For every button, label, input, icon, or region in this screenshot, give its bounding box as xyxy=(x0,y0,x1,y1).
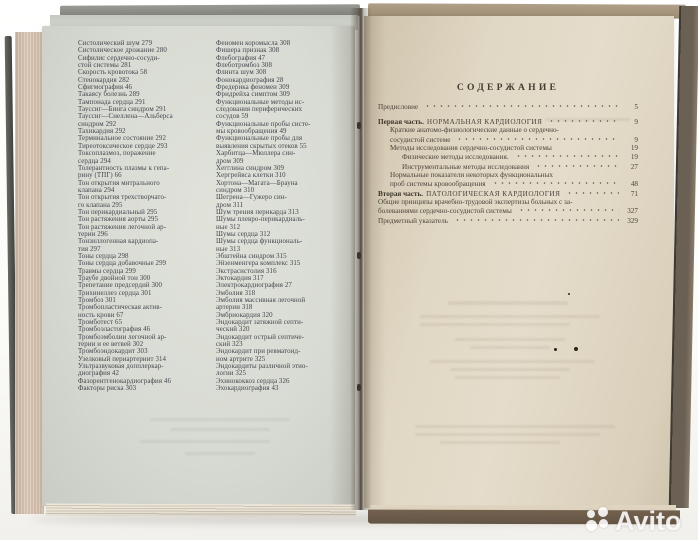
index-line: Эбштейна синдром 315 xyxy=(216,253,356,260)
index-line: ные 312 xyxy=(216,224,356,231)
index-line: Тоны сердца добавочные 299 xyxy=(78,260,210,267)
index-line: Систолический шум 279 xyxy=(78,40,210,47)
spine-stitch xyxy=(357,252,361,259)
index-line: Хергрейвса клетки 310 xyxy=(216,172,356,179)
toc-page-number: 327 xyxy=(623,208,638,216)
index-line: Тромбоэмболии легочной ар- xyxy=(78,334,210,341)
toc-page-number: 71 xyxy=(623,191,638,199)
toc-line: Физические методы исследования.19 xyxy=(378,152,638,162)
bleed-through-line xyxy=(455,376,560,379)
index-line: Фредерика феномен 309 xyxy=(216,84,356,91)
bleed-through-line xyxy=(440,441,560,444)
bleed-through-line xyxy=(420,323,570,326)
index-line: Толерантность плазмы к гепа- xyxy=(78,165,210,172)
index-line: Хегглина синдром 309 xyxy=(216,165,356,172)
toc-line: Краткие анатомо-физиологические данные о… xyxy=(378,127,638,135)
index-line: Скорость кровотока 58 xyxy=(78,69,210,76)
index-line: Тахикардия 292 xyxy=(78,128,210,135)
photo-of-open-book: { "colors": { "left_paper": "#d8dbd3", "… xyxy=(0,0,698,540)
bleed-through-line xyxy=(470,346,550,349)
index-line: Шумы плевро-перикардиаль- xyxy=(216,216,356,223)
book-shadow xyxy=(30,514,670,524)
index-line: логии 325 xyxy=(216,370,356,377)
bleed-through-line xyxy=(448,301,568,305)
index-line: артерии 318 xyxy=(216,304,356,311)
index-line: Тромбоэндокардит 303 xyxy=(78,348,210,355)
index-line: Эктокардия 317 xyxy=(216,275,356,282)
index-line: Тауссиг—Снеллена—Альберса xyxy=(78,113,210,120)
index-line: Тромбоэластография 46 xyxy=(78,326,210,333)
paper-speck xyxy=(568,293,570,295)
index-line: Эндокардит затяжной септи- xyxy=(216,319,356,326)
index-line: Сфигмография 46 xyxy=(78,84,210,91)
dot-leader xyxy=(533,162,619,169)
index-line: Фишера признак 308 xyxy=(216,47,356,54)
index-line: го клапана 295 xyxy=(78,202,210,209)
index-line: Эндокардиты различной этио- xyxy=(216,363,356,370)
index-line: Тромботест 65 xyxy=(78,319,210,326)
index-line: ные 313 xyxy=(216,246,356,253)
bleed-through-line xyxy=(545,118,630,121)
index-line: Фазорентгенокардиография 46 xyxy=(78,378,210,385)
index-line: Фридрейха симптом 309 xyxy=(216,91,356,98)
toc-line: Общие принципы врачебно-трудовой эксперт… xyxy=(378,199,638,207)
index-line: Токсоплазмоз, поражение xyxy=(78,150,210,157)
bleed-through-line xyxy=(430,360,595,363)
index-line: Травмы сердца 299 xyxy=(78,268,210,275)
index-line: Эмболия 318 xyxy=(216,290,356,297)
index-line: Эхинококкоз сердца 326 xyxy=(216,378,356,385)
index-line: Феномен коромысла 308 xyxy=(216,40,356,47)
index-line: Тон растяжения аорты 295 xyxy=(78,216,210,223)
index-line: Эхокардиография 43 xyxy=(216,385,356,392)
index-line: Трепетание предсердий 300 xyxy=(78,282,210,289)
index-line: Шегрена—Гужеро син- xyxy=(216,194,356,201)
index-line: сосудов 59 xyxy=(216,113,356,120)
index-line: Ультразвуковая допплеркар- xyxy=(78,363,210,370)
toc-entry-text: проб системы кровообращения xyxy=(390,181,486,189)
bleed-through-line xyxy=(150,418,290,421)
avito-watermark-text: Avito xyxy=(615,507,682,535)
contents-title: СОДЕРЖАНИЕ xyxy=(378,84,638,92)
index-line: Траубе двойной тон 300 xyxy=(78,275,210,282)
index-line: дром 309 xyxy=(216,158,356,165)
spine-stitch xyxy=(357,384,361,391)
index-line: Тиреотоксическое сердце 293 xyxy=(78,143,210,150)
index-line: сердца 294 xyxy=(78,158,210,165)
index-line: Тромбоз 301 xyxy=(78,297,210,304)
index-line: дром 311 xyxy=(216,202,356,209)
avito-watermark: Avito xyxy=(586,502,698,540)
index-line: терии и ее ветвей 302 xyxy=(78,341,210,348)
bleed-through-line xyxy=(185,452,255,455)
index-line: следования периферических xyxy=(216,106,356,113)
index-line: синдром 310 xyxy=(216,187,356,194)
index-line: Эмбриокардия 320 xyxy=(216,312,356,319)
toc-entry-text: Предметный указатель xyxy=(378,218,448,226)
index-line: Тромбопластическая актив- xyxy=(78,304,210,311)
index-column-2: Феномен коромысла 308Фишера признак 308Ф… xyxy=(216,40,356,393)
index-line: синдром 292 xyxy=(78,121,210,128)
table-of-contents: СОДЕРЖАНИЕ Предисловие5Первая часть.НОРМ… xyxy=(378,84,638,226)
bleed-through-line xyxy=(415,425,615,428)
index-line: Электрокардиография 27 xyxy=(216,282,356,289)
index-line: Функциональные пробы систе- xyxy=(216,121,356,128)
toc-line: Предисловие5 xyxy=(378,102,638,112)
dot-leader xyxy=(452,216,619,223)
index-line: Функциональные пробы для xyxy=(216,135,356,142)
toc-entry-text: болеваниями сердечно-сосудистой системы xyxy=(378,208,512,216)
index-line: Эйзенменгера комплекс 315 xyxy=(216,260,356,267)
bleed-through-line xyxy=(420,315,600,318)
toc-page-number: 27 xyxy=(623,164,638,172)
bleed-through-line xyxy=(450,368,570,371)
index-line: Экстрасистолия 316 xyxy=(216,268,356,275)
index-line: Эндокардит при ревматоид- xyxy=(216,348,356,355)
index-line: Харбитца—Мюллера син- xyxy=(216,150,356,157)
index-line: стой системы 281 xyxy=(78,62,210,69)
toc-entry-text: Нормальные показатели некоторых функцион… xyxy=(390,172,553,180)
index-line: терии 296 xyxy=(78,231,210,238)
index-line: Сифилис сердечно-сосуди- xyxy=(78,55,210,62)
dot-leader xyxy=(564,189,619,196)
toc-line: Нормальные показатели некоторых функцион… xyxy=(378,172,638,180)
index-line: Тонзиллогенная кардиопа- xyxy=(78,238,210,245)
index-line: Хортона—Магата—Брауна xyxy=(216,180,356,187)
toc-page-number: 329 xyxy=(623,218,638,226)
left-page-fore-edge xyxy=(15,32,44,514)
index-line: Трихинеллез сердца 301 xyxy=(78,290,210,297)
avito-dots-icon xyxy=(586,507,612,535)
dot-leader xyxy=(490,179,619,186)
index-line: Эндокардит острый септиче- xyxy=(216,334,356,341)
toc-page-number: 5 xyxy=(623,104,638,112)
toc-entry-text: Предисловие xyxy=(378,104,418,112)
index-line: тия 297 xyxy=(78,246,210,253)
index-column-1: Систолический шум 279Систолическое дрожа… xyxy=(78,40,210,393)
toc-page-number: 48 xyxy=(623,181,638,189)
index-line: Тон перикардиальный 295 xyxy=(78,209,210,216)
index-line: Флеботромбоз 308 xyxy=(216,62,356,69)
bleed-through-line xyxy=(140,440,270,443)
index-line: Тон растяжения легочной ар- xyxy=(78,224,210,231)
index-line: Шумы сердца функциональ- xyxy=(216,238,356,245)
toc-entry-text: Краткие анатомо-физиологические данные о… xyxy=(390,127,559,135)
toc-entry-text: Общие принципы врачебно-трудовой эксперт… xyxy=(378,199,572,207)
index-line: Эмболия массивная легочной xyxy=(216,297,356,304)
index-line: Факторы риска 303 xyxy=(78,385,210,392)
index-line: Флинта шум 308 xyxy=(216,69,356,76)
toc-line: Предметный указатель329 xyxy=(378,216,638,226)
index-line: ческий 320 xyxy=(216,326,356,333)
toc-line: Методы исследования сердечно-сосудистой … xyxy=(378,145,638,153)
dot-leader xyxy=(516,206,619,213)
bleed-through-line xyxy=(415,433,600,436)
index-line: Такаясу болезнь 289 xyxy=(78,91,210,98)
index-line: Шумы сердца 312 xyxy=(216,231,356,238)
index-line: Фонокардиография 28 xyxy=(216,77,356,84)
dot-leader xyxy=(422,102,619,109)
bleed-through-line xyxy=(455,338,565,341)
index-line: Тампонада сердца 291 xyxy=(78,99,210,106)
index-line: Тон открытия митрального xyxy=(78,180,210,187)
index-line: Тон открытия трехстворчато- xyxy=(78,194,210,201)
index-line: Узелковый периартериит 314 xyxy=(78,356,210,363)
index-line: ский 323 xyxy=(216,341,356,348)
dot-leader xyxy=(513,152,619,159)
index-line: рину (ТПГ) 66 xyxy=(78,172,210,179)
index-line: клапана 294 xyxy=(78,187,210,194)
index-line: мы кровообращения 49 xyxy=(216,128,356,135)
toc-entry-text: Физические методы исследования. xyxy=(402,154,509,162)
index-line: Тауссиг—Бинга синдром 291 xyxy=(78,106,210,113)
index-line: Стенокардия 282 xyxy=(78,77,210,84)
index-line: Тоны сердца 298 xyxy=(78,253,210,260)
index-line: Шум трения перикарда 313 xyxy=(216,209,356,216)
paper-speck xyxy=(574,347,578,351)
index-line: Систолическое дрожание 280 xyxy=(78,47,210,54)
index-line: диография 42 xyxy=(78,370,210,377)
bleed-through-line xyxy=(170,428,270,431)
toc-line: проб системы кровообращения48 xyxy=(378,179,638,189)
index-line: выявления скрытых отеков 55 xyxy=(216,143,356,150)
paper-speck xyxy=(554,348,557,351)
toc-page-number: 19 xyxy=(623,154,638,162)
index-line: Функциональные методы ис- xyxy=(216,99,356,106)
dot-leader xyxy=(454,135,619,142)
spine-stitch xyxy=(357,122,361,129)
index-line: ность крови 67 xyxy=(78,312,210,319)
index-line: Терминальное состояние 292 xyxy=(78,135,210,142)
index-line: Флебография 47 xyxy=(216,55,356,62)
toc-entry-text: Методы исследования сердечно-сосудистой … xyxy=(390,145,552,153)
toc-page-number: 19 xyxy=(623,145,638,153)
toc-line: болеваниями сердечно-сосудистой системы3… xyxy=(378,206,638,216)
index-line: ном артрите 325 xyxy=(216,356,356,363)
